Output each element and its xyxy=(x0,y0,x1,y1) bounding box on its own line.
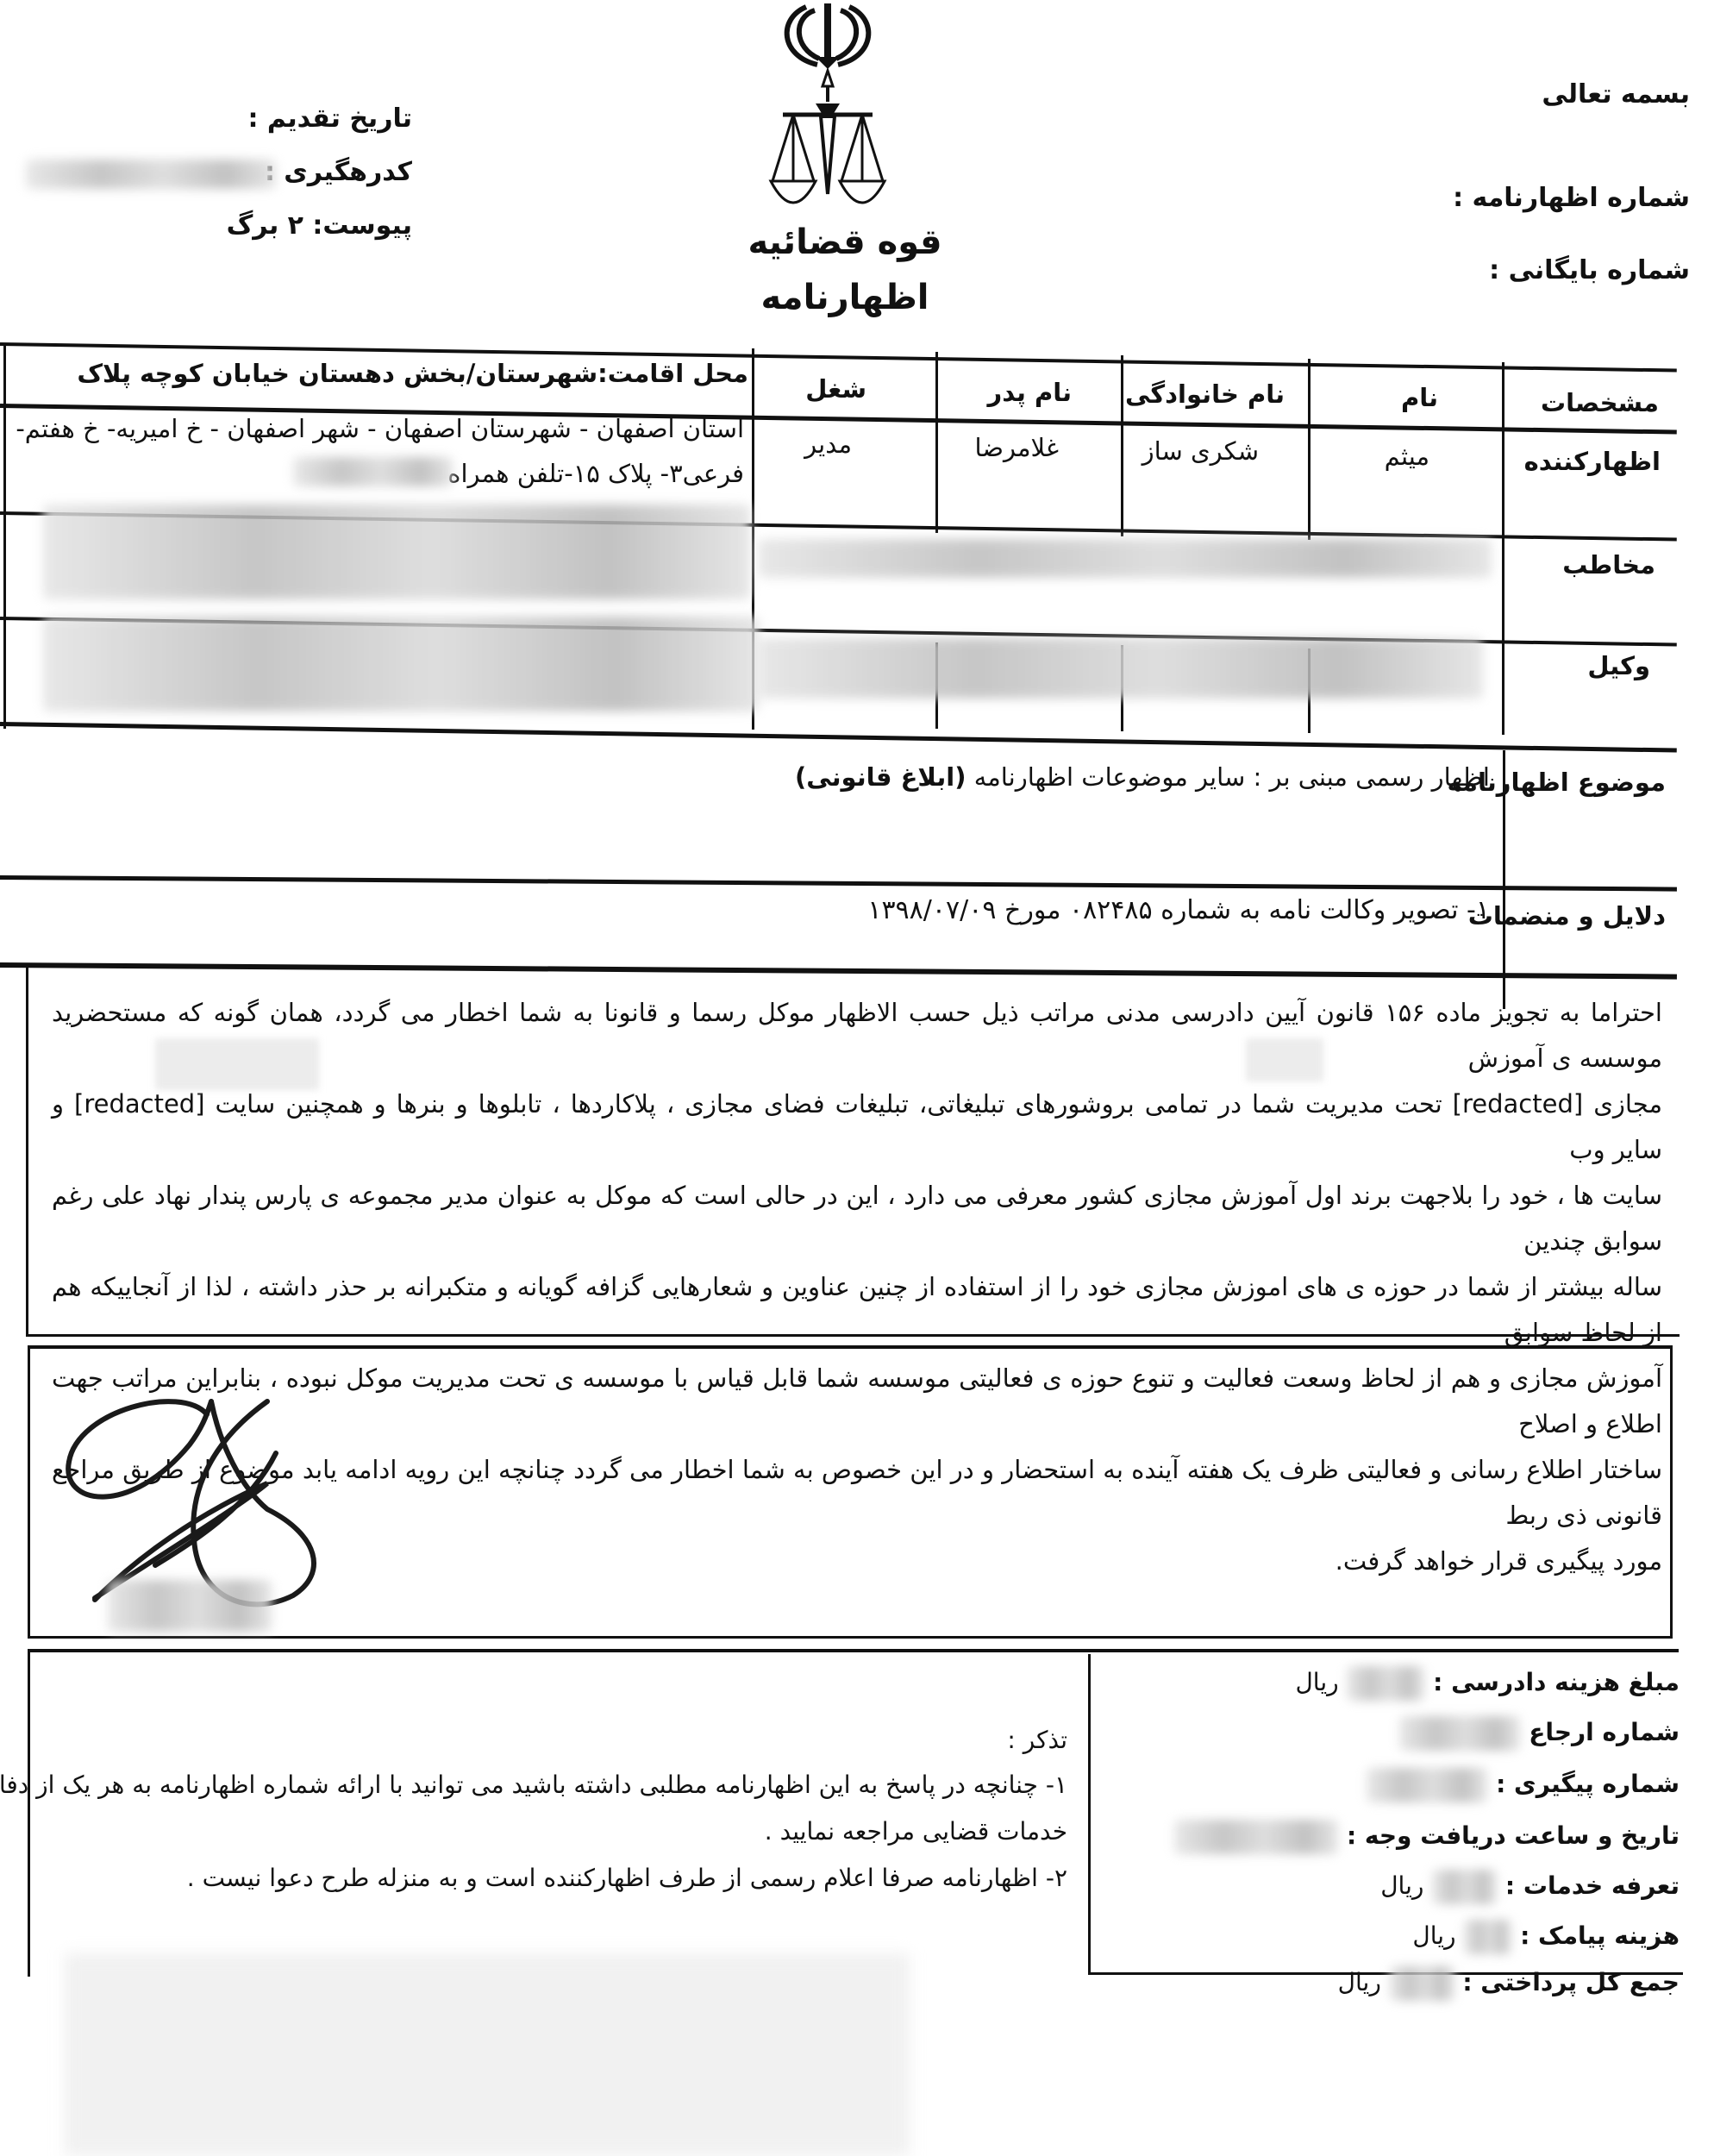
col-header-specs: مشخصات xyxy=(1541,388,1659,417)
sms-fee-row: هزینه پیامک : ریال xyxy=(1412,1920,1680,1954)
declarant-address-line2: فرعی۳- پلاک ۱۵-تلفن همراه xyxy=(447,459,744,488)
court-fee-currency: ریال xyxy=(1295,1668,1338,1696)
evidence-value: ۱- تصویر وکالت نامه به شماره ۰۸۲۴۸۵ مورخ… xyxy=(867,895,1490,925)
organization-name: قوه قضائیه xyxy=(672,222,1017,262)
court-fee-row: مبلغ هزینه دادرسی : ریال xyxy=(1295,1666,1680,1701)
subject-value-prefix: اظهار رسمی مبنی بر : سایر موضوعات اظهارن… xyxy=(966,762,1491,792)
total-paid-row: جمع کل پرداختی : ریال xyxy=(1338,1966,1680,2001)
handwritten-signature-icon xyxy=(43,1367,371,1608)
declarant-occupation: مدیر xyxy=(804,429,852,459)
declarant-last-name: شکری ساز xyxy=(1142,436,1259,466)
referral-number-row: شماره ارجاع xyxy=(1399,1716,1680,1751)
sms-fee-redacted xyxy=(1464,1920,1511,1954)
payment-datetime-redacted xyxy=(1174,1820,1338,1854)
payment-datetime-label: تاریخ و ساعت دریافت وجه : xyxy=(1347,1821,1680,1850)
col-header-occupation: شغل xyxy=(805,374,866,404)
col-header-address: محل اقامت:شهرستان/بخش دهستان خیابان کوچه… xyxy=(77,359,748,388)
col-header-father-name: نام پدر xyxy=(988,378,1072,407)
submission-date-label: تاریخ تقدیم : xyxy=(247,103,412,134)
archive-number-label: شماره بایگانی : xyxy=(1489,255,1690,285)
tracking-number-label: شماره پیگیری : xyxy=(1496,1770,1680,1798)
tracking-code-label: کدرهگیری : xyxy=(265,157,412,187)
note-item: خدمات قضایی مراجعه نمایید . xyxy=(765,1808,1067,1856)
signer-name-redacted xyxy=(108,1580,272,1632)
service-tariff-row: تعرفه خدمات : ریال xyxy=(1380,1870,1680,1904)
attorney-address-redacted xyxy=(43,617,759,711)
payment-datetime-row: تاریخ و ساعت دریافت وجه : xyxy=(1174,1820,1680,1854)
row-label-attorney: وکیل xyxy=(1587,651,1650,680)
note-item: ۱- چنانچه در پاسخ به این اظهارنامه مطلبی… xyxy=(0,1761,1067,1809)
submission-info: تاریخ تقدیم : کدرهگیری : پیوست: ۲ برگ xyxy=(0,0,431,276)
service-tariff-redacted xyxy=(1432,1870,1497,1904)
subject-value: اظهار رسمی مبنی بر : سایر موضوعات اظهارن… xyxy=(795,762,1490,792)
invocation-text: بسمه تعالی xyxy=(1542,79,1690,110)
declarant-first-name: میثم xyxy=(1385,442,1429,471)
total-paid-redacted xyxy=(1390,1966,1454,2001)
attorney-details-redacted xyxy=(759,638,1483,699)
notes-title: تذکر : xyxy=(1007,1716,1067,1764)
court-fee-redacted xyxy=(1347,1666,1424,1701)
court-fee-label: مبلغ هزینه دادرسی : xyxy=(1433,1668,1680,1696)
row-label-addressee: مخاطب xyxy=(1562,550,1655,580)
declarant-address-line1: استان اصفهان - شهرستان اصفهان - شهر اصفه… xyxy=(16,414,744,443)
subject-evidence-section: موضوع اظهارنامه اظهار رسمی مبنی بر : سای… xyxy=(0,742,1714,975)
addressee-details-redacted xyxy=(759,539,1492,578)
document-title: اظهارنامه xyxy=(672,278,1017,317)
service-tariff-label: تعرفه خدمات : xyxy=(1505,1871,1680,1900)
sms-fee-currency: ریال xyxy=(1412,1921,1455,1950)
tracking-number-row: شماره پیگیری : xyxy=(1367,1768,1680,1802)
service-tariff-currency: ریال xyxy=(1380,1871,1423,1900)
body-line: ساله بیشتر از شما در حوزه ی های اموزش مج… xyxy=(52,1264,1662,1356)
sms-fee-label: هزینه پیامک : xyxy=(1520,1921,1680,1950)
parties-table: مشخصات نام نام خانوادگی نام پدر شغل محل … xyxy=(0,328,1714,759)
referral-number-redacted xyxy=(1399,1716,1520,1751)
body-line: مجازی [redacted] تحت مدیریت شما در تمامی… xyxy=(52,1081,1662,1173)
tracking-number-redacted xyxy=(1367,1768,1487,1802)
total-paid-label: جمع کل پرداختی : xyxy=(1462,1968,1680,1996)
evidence-label: دلایل و منضمات xyxy=(1468,901,1666,931)
tracking-code-value-redacted xyxy=(26,160,276,189)
notice-number-label: شماره اظهارنامه : xyxy=(1453,183,1690,213)
body-redaction xyxy=(155,1038,319,1090)
note-item: ۲- اظهارنامه صرفا اعلام رسمی از طرف اظها… xyxy=(187,1854,1067,1902)
row-label-declarant: اظهارکننده xyxy=(1524,447,1661,476)
subject-value-bold: (ابلاغ قانونی) xyxy=(795,762,966,792)
col-header-last-name: نام خانوادگی xyxy=(1125,379,1285,409)
addressee-address-redacted xyxy=(43,505,750,599)
referral-number-label: شماره ارجاع xyxy=(1529,1718,1680,1746)
footer-stamp-redacted xyxy=(65,1953,910,2156)
total-paid-currency: ریال xyxy=(1338,1968,1381,1996)
col-header-first-name: نام xyxy=(1401,383,1438,412)
declarant-phone-redacted xyxy=(293,457,453,486)
body-line: سایت ها ، خود را بلاجهت برند اول آموزش م… xyxy=(52,1173,1662,1264)
attachment-label: پیوست: ۲ برگ xyxy=(227,210,412,241)
judiciary-emblem-icon xyxy=(733,0,923,224)
body-redaction xyxy=(1246,1038,1323,1081)
declarant-father-name: غلامرضا xyxy=(975,433,1059,462)
